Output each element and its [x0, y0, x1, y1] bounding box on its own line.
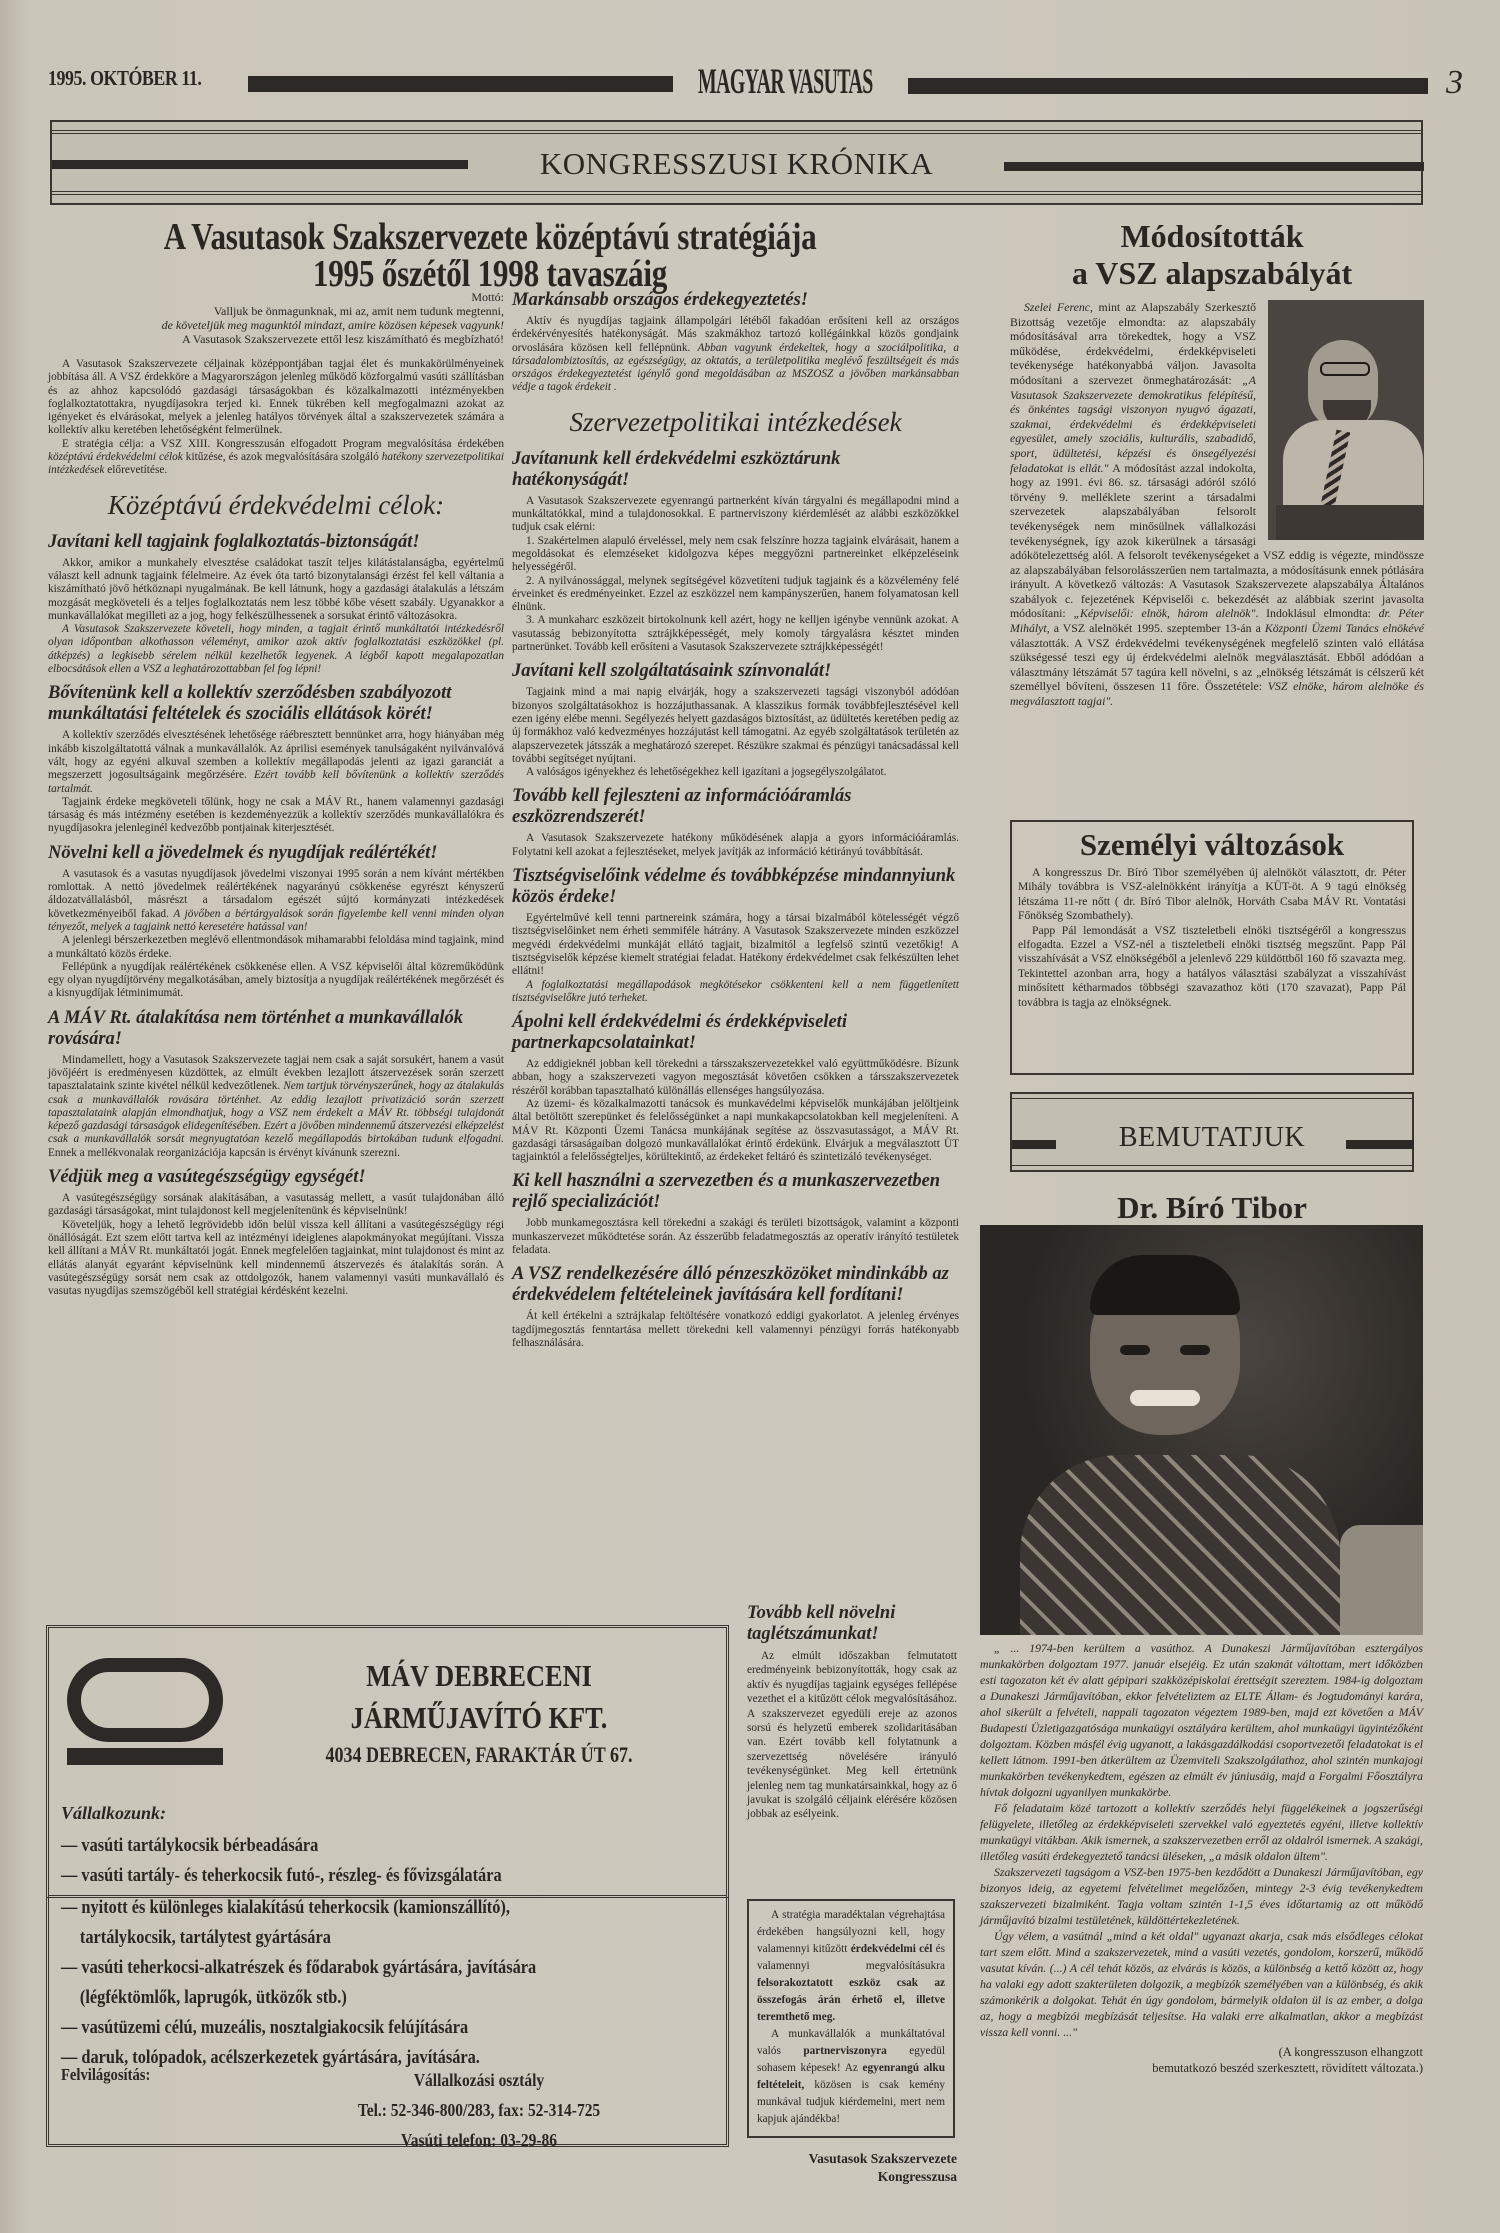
subheading: Védjük meg a vasútegészségügy egységét!: [48, 1167, 504, 1188]
subheading: Tisztségviselőink védelme és továbbképzé…: [512, 866, 959, 908]
profile-note: (A kongresszuson elhangzott bemutatkozó …: [980, 2044, 1423, 2076]
section-heading: Középtávú érdekvédelmi célok:: [48, 490, 504, 520]
main-article-col1: Mottó: Valljuk be önmagunknak, mi az, am…: [48, 290, 504, 1298]
main-headline-line1: A Vasutasok Szakszervezete középtávú str…: [137, 218, 842, 256]
motto: Mottó: Valljuk be önmagunknak, mi az, am…: [48, 290, 504, 346]
advertisement-mav-debrecen: MÁV DEBRECENI JÁRMŰJAVÍTÓ KFT. 4034 DEBR…: [46, 1625, 729, 1898]
highlight-box: A stratégia maradéktalan végrehajtása ér…: [747, 1899, 955, 2138]
ad-services-list-cont: — nyitott és különleges kialakítású tehe…: [61, 1893, 706, 2073]
section-title: KONGRESSZUSI KRÓNIKA: [52, 146, 1421, 182]
subheading: Javítani kell tagjaink foglalkoztatás-bi…: [48, 532, 504, 553]
list-item: (légféktömlők, laprugók, ütközők stb.): [61, 1983, 706, 2013]
section-heading: Szervezetpolitikai intézkedések: [512, 407, 959, 437]
subheading: Markánsabb országos érdekegyeztetés!: [512, 290, 959, 311]
ad-info-label: Felvilágosítás:: [61, 2065, 150, 2085]
bylaws-headline-line2: a VSZ alapszabályát: [1010, 255, 1414, 291]
masthead-rule-left: [248, 76, 673, 92]
personnel-changes-box: Személyi változások A kongresszus Dr. Bí…: [1010, 820, 1414, 1075]
subheading: Tovább kell növelni taglétszámunkat!: [747, 1603, 957, 1645]
ad-services-label: Vállalkozunk:: [61, 1803, 166, 1824]
list-item: — vasútüzemi célú, muzeális, nosztalgiak…: [61, 2013, 706, 2043]
subheading: Javítanunk kell érdekvédelmi eszköztárun…: [512, 449, 959, 491]
main-article-col3: Tovább kell növelni taglétszámunkat! Az …: [747, 1603, 957, 1822]
bylaws-article-body: Szelei Ferenc, mint az Alapszabály Szerk…: [1010, 300, 1420, 709]
bylaws-headline-line1: Módosították: [1010, 218, 1414, 254]
paragraph: A Vasutasok Szakszervezete céljainak köz…: [48, 358, 504, 438]
section-banner: KONGRESSZUSI KRÓNIKA: [50, 120, 1423, 205]
subheading: Ki kell használni a szervezetben és a mu…: [512, 1171, 959, 1213]
profile-banner: BEMUTATJUK: [1010, 1092, 1414, 1172]
paragraph: E stratégia célja: a VSZ XIII. Kongressz…: [48, 438, 504, 478]
ad-address: 4034 DEBRECEN, FARAKTÁR ÚT 67.: [299, 1742, 660, 1768]
personnel-title: Személyi változások: [1012, 828, 1412, 862]
list-item: — nyitott és különleges kialakítású tehe…: [61, 1893, 706, 1923]
subheading: A MÁV Rt. átalakítása nem történhet a mu…: [48, 1008, 504, 1050]
list-item: — vasúti teherkocsi-alkatrészek és fődar…: [61, 1953, 706, 1983]
main-article-col2: Markánsabb országos érdekegyeztetés! Akt…: [512, 290, 959, 1350]
profile-body: „ ... 1974-ben kerültem a vasúthoz. A Du…: [980, 1640, 1423, 2076]
masthead: 1995. OKTÓBER 11. MAGYAR VASUTAS 3: [48, 62, 1420, 102]
ad-company-line1: MÁV DEBRECENI: [292, 1658, 666, 1694]
main-headline-line2: 1995 őszétől 1998 tavaszáig: [137, 255, 842, 293]
profile-banner-title: BEMUTATJUK: [1012, 1122, 1412, 1154]
article-signature: Vasutasok Szakszervezete Kongresszusa: [747, 2150, 957, 2186]
subheading: Növelni kell a jövedelmek és nyugdíjak r…: [48, 843, 504, 864]
newspaper-page: 1995. OKTÓBER 11. MAGYAR VASUTAS 3 KONGR…: [0, 0, 1500, 2233]
subheading: Ápolni kell érdekvédelmi és érdekképvise…: [512, 1012, 959, 1054]
subheading: Tovább kell fejleszteni az információára…: [512, 786, 959, 828]
profile-name: Dr. Bíró Tibor: [1010, 1190, 1414, 1226]
issue-date: 1995. OKTÓBER 11.: [48, 66, 201, 91]
subheading: A VSZ rendelkezésére álló pénzeszközöket…: [512, 1264, 959, 1306]
list-item: — vasúti tartálykocsik bérbeadására: [61, 1831, 706, 1861]
subheading: Javítani kell szolgáltatásaink színvonal…: [512, 661, 959, 682]
portrait-photo-biro-tibor: [980, 1225, 1423, 1635]
ad-company-line2: JÁRMŰJAVÍTÓ KFT.: [292, 1700, 666, 1736]
list-item: — vasúti tartály- és teherkocsik futó-, …: [61, 1861, 706, 1891]
masthead-rule-right: [908, 78, 1428, 94]
ad-services-list: — vasúti tartálykocsik bérbeadására — va…: [61, 1831, 706, 1891]
page-number: 3: [1446, 64, 1463, 102]
mav-logo-icon: [67, 1658, 223, 1765]
advertisement-continued: — nyitott és különleges kialakítású tehe…: [46, 1895, 729, 2147]
ad-contact: Vállalkozási osztály Tel.: 52-346-800/28…: [298, 2065, 659, 2155]
newspaper-name: MAGYAR VASUTAS: [698, 60, 873, 102]
subheading: Bővítenünk kell a kollektív szerződésben…: [48, 683, 504, 725]
list-item: tartálykocsik, tartálytest gyártására: [61, 1923, 706, 1953]
